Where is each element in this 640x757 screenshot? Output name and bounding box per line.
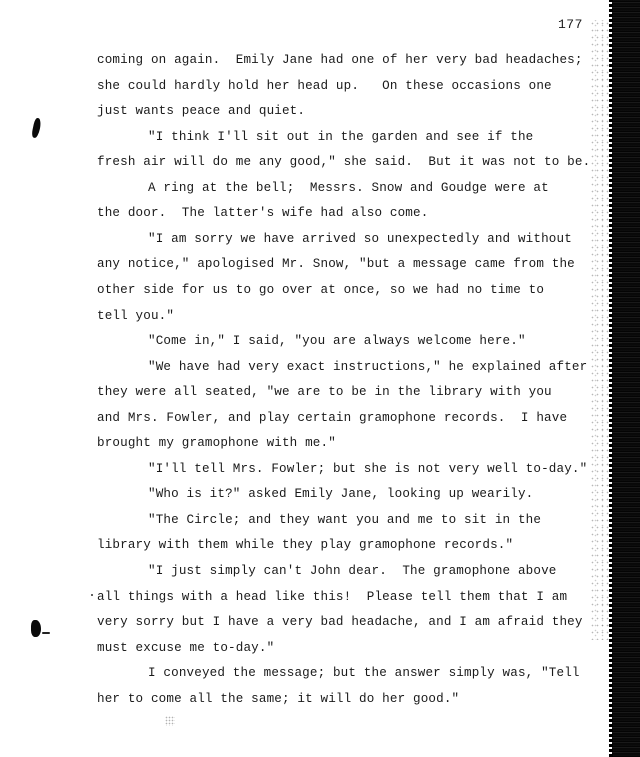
page-number: 177	[558, 17, 583, 32]
text-line: "Who is it?" asked Emily Jane, looking u…	[97, 486, 533, 502]
scan-dot	[91, 594, 93, 596]
text-line: very sorry but I have a very bad headach…	[97, 614, 583, 630]
scan-smudge	[165, 716, 175, 726]
text-line: "I'll tell Mrs. Fowler; but she is not v…	[97, 461, 587, 477]
text-line: and Mrs. Fowler, and play certain gramop…	[97, 410, 567, 426]
text-line: fresh air will do me any good," she said…	[97, 154, 590, 170]
text-line: "The Circle; and they want you and me to…	[97, 512, 541, 528]
hole-punch-mark-top	[31, 117, 42, 138]
document-page: 177 coming on again. Emily Jane had one …	[0, 0, 640, 757]
text-line: brought my gramophone with me."	[97, 435, 336, 451]
text-line: she could hardly hold her head up. On th…	[97, 78, 552, 94]
text-line: other side for us to go over at once, so…	[97, 282, 544, 298]
text-line: I conveyed the message; but the answer s…	[97, 665, 580, 681]
scan-edge-shadow	[612, 0, 640, 757]
text-line: "Come in," I said, "you are always welco…	[97, 333, 526, 349]
text-line: coming on again. Emily Jane had one of h…	[97, 52, 583, 68]
text-line: must excuse me to-day."	[97, 640, 274, 656]
text-line: tell you."	[97, 308, 174, 324]
text-line: "I just simply can't John dear. The gram…	[97, 563, 557, 579]
text-line: "I am sorry we have arrived so unexpecte…	[97, 231, 572, 247]
text-line: just wants peace and quiet.	[97, 103, 305, 119]
text-line: they were all seated, "we are to be in t…	[97, 384, 552, 400]
hole-punch-mark-bottom-tail	[42, 632, 50, 634]
text-line: library with them while they play gramop…	[97, 537, 513, 553]
text-line: "We have had very exact instructions," h…	[97, 359, 587, 375]
text-line: A ring at the bell; Messrs. Snow and Gou…	[97, 180, 549, 196]
text-line: her to come all the same; it will do her…	[97, 691, 459, 707]
text-line: the door. The latter's wife had also com…	[97, 205, 428, 221]
text-line: any notice," apologised Mr. Snow, "but a…	[97, 256, 575, 272]
hole-punch-mark-bottom	[31, 620, 41, 637]
text-line: all things with a head like this! Please…	[97, 589, 567, 605]
text-line: "I think I'll sit out in the garden and …	[97, 129, 533, 145]
